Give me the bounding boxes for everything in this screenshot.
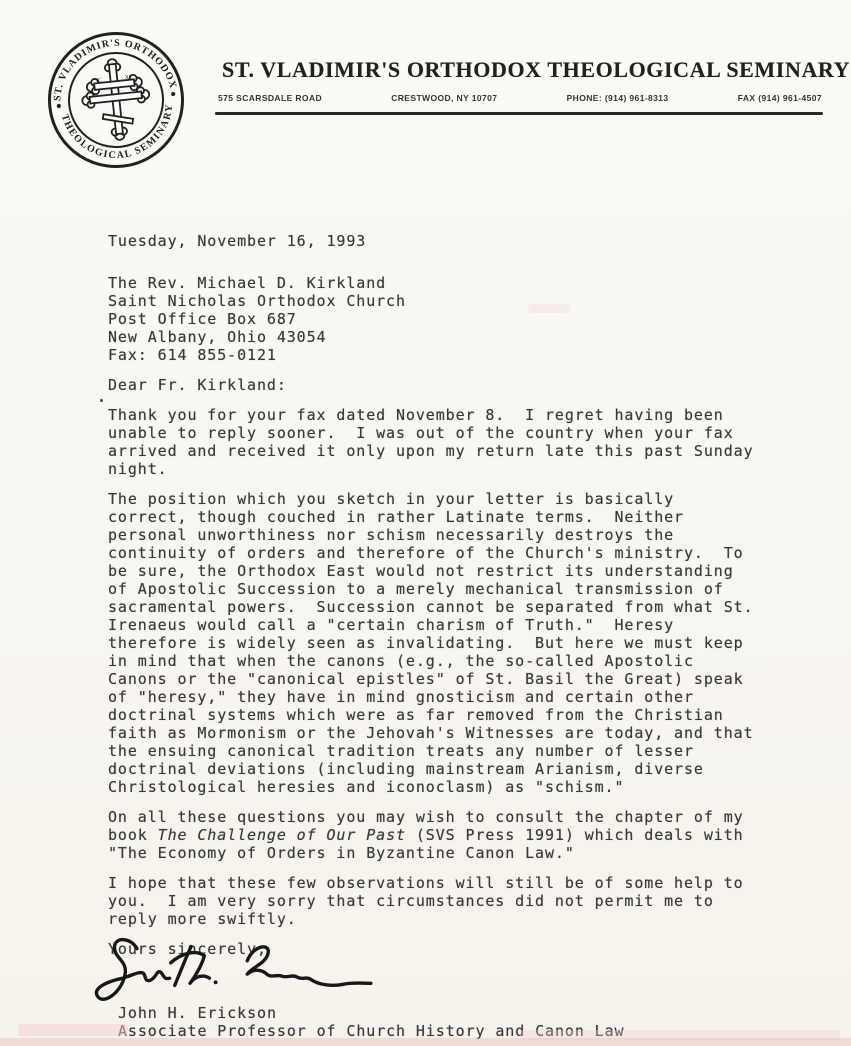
text-run: arrived and received it only upon my ret… — [108, 442, 754, 460]
letter-line: Post Office Box 687 — [108, 310, 788, 328]
letter-line: personal unworthiness nor schism necessa… — [108, 526, 788, 544]
salutation-block: Dear Fr. Kirkland: — [108, 376, 788, 394]
text-run: you. I am very sorry that circumstances … — [108, 892, 714, 910]
letter-line: unable to reply sooner. I was out of the… — [108, 424, 788, 442]
letterhead-address-item: 575 SCARSDALE ROAD — [218, 93, 322, 103]
letter-paragraph: I hope that these few observations will … — [108, 874, 788, 928]
text-run: Irenaeus would call a "certain charism o… — [108, 616, 674, 634]
date-line: Tuesday, November 16, 1993 — [108, 232, 788, 250]
text-run: faith as Mormonism or the Jehovah's Witn… — [108, 724, 754, 742]
text-run: "The Economy of Orders in Byzantine Cano… — [108, 844, 575, 862]
letter-line: Thank you for your fax dated November 8.… — [108, 406, 788, 424]
letterhead-address-item: FAX (914) 961-4507 — [738, 93, 822, 103]
letter-line: Irenaeus would call a "certain charism o… — [108, 616, 788, 634]
letter-line: you. I am very sorry that circumstances … — [108, 892, 788, 910]
scan-blotch-left — [18, 1024, 128, 1036]
text-run: Fax: 614 855-0121 — [108, 346, 277, 364]
letterhead-address-row: 575 SCARSDALE ROADCRESTWOOD, NY 10707PHO… — [218, 93, 822, 103]
letter-line: On all these questions you may wish to c… — [108, 808, 788, 826]
letter-line: of Apostolic Succession to a merely mech… — [108, 580, 788, 598]
text-run: therefore is widely seen as invalidating… — [108, 634, 744, 652]
text-run: night. — [108, 460, 168, 478]
date-block: Tuesday, November 16, 1993 — [108, 232, 788, 250]
orthodox-cross-icon — [78, 56, 153, 144]
recipient-address-block: The Rev. Michael D. KirklandSaint Nichol… — [108, 274, 788, 364]
letter-line: therefore is widely seen as invalidating… — [108, 634, 788, 652]
text-run: Thank you for your fax dated November 8.… — [108, 406, 724, 424]
seminary-seal-icon: ST. VLADIMIR'S ORTHODOX THEOLOGICAL SEMI… — [39, 23, 193, 177]
scan-smudge — [528, 304, 570, 313]
text-run: reply more swiftly. — [108, 910, 297, 928]
letter-line: The Rev. Michael D. Kirkland — [108, 274, 788, 292]
text-run: be sure, the Orthodox East would not res… — [108, 562, 734, 580]
text-run: The Rev. Michael D. Kirkland — [108, 274, 386, 292]
text-run: Saint Nicholas Orthodox Church — [108, 292, 406, 310]
letter-line: New Albany, Ohio 43054 — [108, 328, 788, 346]
letter-line: "The Economy of Orders in Byzantine Cano… — [108, 844, 788, 862]
letterhead-address-item: CRESTWOOD, NY 10707 — [391, 93, 497, 103]
seal-xc-mark: XC — [125, 74, 134, 81]
letter-body: Tuesday, November 16, 1993 The Rev. Mich… — [108, 232, 788, 1040]
letter-paragraph: On all these questions you may wish to c… — [108, 808, 788, 862]
letter-line: Canons or the "canonical epistles" of St… — [108, 670, 788, 688]
letter-line: I hope that these few observations will … — [108, 874, 788, 892]
text-run: sacramental powers. Succession cannot be… — [108, 598, 754, 616]
text-run: New Albany, Ohio 43054 — [108, 328, 326, 346]
scan-artifact-dot — [100, 399, 103, 402]
letter-line: sacramental powers. Succession cannot be… — [108, 598, 788, 616]
letter-line: night. — [108, 460, 788, 478]
text-run: book — [108, 826, 158, 844]
letter-line: The position which you sketch in your le… — [108, 490, 788, 508]
text-run: On all these questions you may wish to c… — [108, 808, 744, 826]
text-run: The Challenge of Our Past — [158, 826, 406, 844]
handwritten-signature — [92, 932, 378, 1006]
letter-line: in mind that when the canons (e.g., the … — [108, 652, 788, 670]
letter-line: Christological heresies and iconoclasm) … — [108, 778, 788, 796]
letter-line: arrived and received it only upon my ret… — [108, 442, 788, 460]
letter-paragraph: Thank you for your fax dated November 8.… — [108, 406, 788, 478]
text-run: unable to reply sooner. I was out of the… — [108, 424, 734, 442]
letter-line: doctrinal systems which were as far remo… — [108, 706, 788, 724]
letter-line: Fax: 614 855-0121 — [108, 346, 788, 364]
text-run: of "heresy," they have in mind gnosticis… — [108, 688, 694, 706]
letterhead-address-item: PHONE: (914) 961-8313 — [567, 93, 669, 103]
letter-line: the ensuing canonical tradition treats a… — [108, 742, 788, 760]
text-run: the ensuing canonical tradition treats a… — [108, 742, 694, 760]
text-run: in mind that when the canons (e.g., the … — [108, 652, 694, 670]
text-run: personal unworthiness nor schism necessa… — [108, 526, 674, 544]
text-run: Christological heresies and iconoclasm) … — [108, 778, 624, 796]
text-run: I hope that these few observations will … — [108, 874, 744, 892]
seal-ic-mark: IC — [96, 77, 102, 84]
letter-paragraphs: Thank you for your fax dated November 8.… — [108, 406, 788, 928]
text-run: Canons or the "canonical epistles" of St… — [108, 670, 744, 688]
letter-line: of "heresy," they have in mind gnosticis… — [108, 688, 788, 706]
letter-paragraph: The position which you sketch in your le… — [108, 490, 788, 796]
letter-line: doctrinal deviations (including mainstre… — [108, 760, 788, 778]
letterhead-divider — [215, 112, 823, 115]
letter-line: faith as Mormonism or the Jehovah's Witn… — [108, 724, 788, 742]
text-run: (SVS Press 1991) which deals with — [406, 826, 744, 844]
text-run: continuity of orders and therefore of th… — [108, 544, 744, 562]
letterhead-title: ST. VLADIMIR'S ORTHODOX THEOLOGICAL SEMI… — [222, 57, 822, 83]
signer-name: John H. Erickson — [118, 1004, 788, 1022]
letter-line: book The Challenge of Our Past (SVS Pres… — [108, 826, 788, 844]
letter-line: correct, though couched in rather Latina… — [108, 508, 788, 526]
signature-area — [108, 958, 788, 1004]
text-run: doctrinal deviations (including mainstre… — [108, 760, 704, 778]
text-run: correct, though couched in rather Latina… — [108, 508, 684, 526]
letter-line: be sure, the Orthodox East would not res… — [108, 562, 788, 580]
salutation-line: Dear Fr. Kirkland: — [108, 376, 788, 394]
scan-edge-band — [0, 1038, 851, 1046]
text-run: Post Office Box 687 — [108, 310, 297, 328]
letter-line: reply more swiftly. — [108, 910, 788, 928]
text-run: The position which you sketch in your le… — [108, 490, 674, 508]
letter-line: continuity of orders and therefore of th… — [108, 544, 788, 562]
letter-line: Saint Nicholas Orthodox Church — [108, 292, 788, 310]
text-run: doctrinal systems which were as far remo… — [108, 706, 724, 724]
text-run: of Apostolic Succession to a merely mech… — [108, 580, 724, 598]
scanned-letter-page: ST. VLADIMIR'S ORTHODOX THEOLOGICAL SEMI… — [0, 0, 851, 1046]
